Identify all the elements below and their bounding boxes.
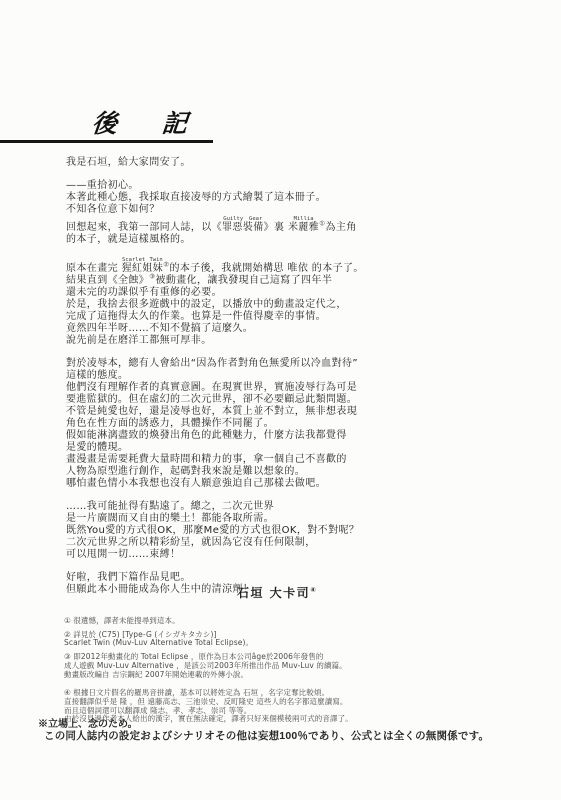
text-line: 是一片廣闊而又自由的樂土！都能各取所需。 (66, 513, 506, 525)
disclaimer-text: この同人誌内の設定およびシナリオその他は妄想100％であり、公式とは全くの無関係… (38, 730, 553, 742)
text-segment: 但願此本小冊能成為你人生中的清涼劑！ (66, 584, 253, 595)
text-segment: 人物為原型進行創作，起碼對我來說是難以想象的。 (66, 466, 305, 477)
text-segment: 哪怕畫色情小本我想也沒有人願意強迫自己那樣去做吧。 (66, 478, 326, 489)
text-segment: 竟然四年半呀……不知不覺搞了這麼久。 (66, 323, 253, 334)
text-line: 完成了這拖得太久的作業。也算是一件值得慶幸的事情。 (66, 311, 506, 323)
text-line: 竟然四年半呀……不知不覺搞了這麼久。 (66, 323, 506, 335)
text-segment: 石垣 大卡司④ (237, 586, 317, 600)
ruby-annotated-text: 罪惡裝備Guilty Gear (222, 222, 264, 233)
text-segment: 於是，我捨去很多遊戲中的設定，以播放中的動畫設定代之， (66, 299, 347, 310)
afterword-text: 我是石垣，給大家問安了。——重拾初心。本著此種心態，我採取直接凌辱的方式繪製了這… (66, 157, 506, 607)
text-segment: ……我可能扯得有點遠了。總之，二次元世界 (66, 501, 274, 512)
disclaimer-heading: ※立場上、念のため。 (38, 719, 553, 730)
footnote-line: 動畫版改編自 吉宗鋼紀 2007年開始連載的外傳小說。 (64, 671, 539, 680)
footnote-marker: ④ (310, 586, 317, 594)
paragraph: 對於凌辱本，總有人會給出“因為作者對角色無愛所以冷血對待”這樣的態度。他們沒有理… (66, 358, 506, 490)
text-line: 我是石垣，給大家問安了。 (66, 157, 506, 169)
text-segment: 被動畫化，讓我發現自己這寫了四年半 (155, 275, 332, 286)
text-segment: 這樣的態度。 (66, 370, 128, 381)
text-line: 可以甩開一切……束縛！ (66, 549, 506, 561)
text-segment: 既然You愛的方式很OK，那麼Me愛的方式也很OK，對不對呢？ (66, 525, 359, 536)
disclaimer: ※立場上、念のため。 この同人誌内の設定およびシナリオその他は妄想100％であり… (38, 719, 553, 742)
text-line: 角色在性方面的誘惑力，具體操作不同罷了。 (66, 418, 506, 430)
text-segment: 本著此種心態，我採取直接凌辱的方式繪製了這本冊子。 (66, 192, 326, 203)
text-segment: 結果直到《全蝕》③ (66, 275, 155, 286)
footnote-item: ① 很遺憾，譯者未能搜尋到這本。 (64, 617, 539, 626)
text-line: 他們沒有理解作者的真實意圖。在現實世界，實施凌辱行為可是 (66, 382, 506, 394)
text-segment: 原本在畫完 (66, 263, 122, 274)
text-segment: 回想起來，我第一部同人誌，以《 (66, 222, 222, 233)
text-segment: 的本子後，我就開始構思 唯依 的本子了。 (169, 263, 363, 274)
text-line: 好啦，我們下篇作品見吧。 (66, 572, 506, 584)
text-line: 不管是純愛也好，還是凌辱也好，本質上並不對立，無非想表現 (66, 406, 506, 418)
footnote-item: ③ 即2012年動畫化的 Total Eclipse ，原作為日本公司âge於2… (64, 653, 539, 679)
text-segment: 的本子，就是這樣風格的。 (66, 234, 191, 245)
text-line: ……我可能扯得有點遠了。總之，二次元世界 (66, 501, 506, 513)
text-line: 說先前是在磨洋工都無可厚非。 (66, 335, 506, 347)
footnote-item: ② 詳見於 (C75) [Type-G (イシガキタカシ)]Scarlet Tw… (64, 631, 539, 648)
paragraph: 原本在畫完 猩紅姐妹Scarlet Twin②的本子後，我就開始構思 唯依 的本… (66, 257, 506, 347)
text-segment: 是愛的體現。 (66, 442, 128, 453)
text-segment: 要進監獄的。但在虛幻的二次元世界，卻不必要顧忌此類問題。 (66, 394, 357, 405)
footnotes: ① 很遺憾，譯者未能搜尋到這本。② 詳見於 (C75) [Type-G (イシガ… (64, 617, 539, 729)
ruby-annotated-text: 米麗雅Millia (288, 222, 319, 233)
text-line: 不知各位意下如何？ (66, 204, 506, 216)
text-segment: 罪惡裝備Guilty Gear (222, 222, 264, 233)
text-line: 的本子，就是這樣風格的。 (66, 234, 506, 246)
scanned-page: 後 記 我是石垣，給大家問安了。——重拾初心。本著此種心態，我採取直接凌辱的方式… (0, 0, 561, 800)
text-line: 二次元世界之所以精彩紛呈，就因為它沒有任何限制， (66, 537, 506, 549)
text-segment: 為主角 (325, 222, 356, 233)
text-segment: 畫漫畫是需要耗費大量時間和精力的事，拿一個自己不喜歡的 (66, 454, 347, 465)
author-signature: 石垣 大卡司④ (237, 584, 317, 601)
text-line: 對於凌辱本，總有人會給出“因為作者對角色無愛所以冷血對待” (66, 358, 506, 370)
text-segment: 》裏 (264, 222, 288, 233)
ruby-annotated-text: 猩紅姐妹Scarlet Twin (122, 263, 164, 274)
text-segment: 米麗雅Millia① (288, 222, 325, 233)
text-segment: ——重拾初心。 (66, 180, 139, 191)
text-segment: 不知各位意下如何？ (66, 204, 160, 215)
text-line: 於是，我捨去很多遊戲中的設定，以播放中的動畫設定代之， (66, 299, 506, 311)
text-line: 人物為原型進行創作，起碼對我來說是難以想象的。 (66, 466, 506, 478)
text-segment: 完成了這拖得太久的作業。也算是一件值得慶幸的事情。 (66, 311, 326, 322)
text-line: 結果直到《全蝕》③被動畫化，讓我發現自己這寫了四年半 (66, 275, 506, 287)
text-line: 本著此種心態，我採取直接凌辱的方式繪製了這本冊子。 (66, 192, 506, 204)
text-line: 這樣的態度。 (66, 370, 506, 382)
text-line: 原本在畫完 猩紅姐妹Scarlet Twin②的本子後，我就開始構思 唯依 的本… (66, 257, 506, 275)
text-segment: 是一片廣闊而又自由的樂土！都能各取所需。 (66, 513, 274, 524)
paragraph: ——重拾初心。本著此種心態，我採取直接凌辱的方式繪製了這本冊子。不知各位意下如何… (66, 180, 506, 246)
text-line: 假如能淋漓盡致的煥發出角色的此種魅力，什麼方法我都覺得 (66, 430, 506, 442)
text-segment: 不管是純愛也好，還是凌辱也好，本質上並不對立，無非想表現 (66, 406, 357, 417)
text-line: 畫漫畫是需要耗費大量時間和精力的事，拿一個自己不喜歡的 (66, 454, 506, 466)
footnote-line: ① 很遺憾，譯者未能搜尋到這本。 (64, 617, 539, 626)
paragraph: ……我可能扯得有點遠了。總之，二次元世界是一片廣闊而又自由的樂土！都能各取所需。… (66, 501, 506, 561)
footnote-line: Scarlet Twin (Muv-Luv Alternative Total … (64, 639, 539, 648)
text-segment: 我是石垣，給大家問安了。 (66, 157, 191, 168)
text-line: 要進監獄的。但在虛幻的二次元世界，卻不必要顧忌此類問題。 (66, 394, 506, 406)
text-segment: 猩紅姐妹Scarlet Twin② (122, 263, 170, 274)
text-line: ——重拾初心。 (66, 180, 506, 192)
page-title: 後 記 (91, 110, 199, 137)
text-segment: 假如能淋漓盡致的煥發出角色的此種魅力，什麼方法我都覺得 (66, 430, 347, 441)
text-line: 哪怕畫色情小本我想也沒有人願意強迫自己那樣去做吧。 (66, 478, 506, 490)
text-line: 既然You愛的方式很OK，那麼Me愛的方式也很OK，對不對呢？ (66, 525, 506, 537)
text-segment: 好啦，我們下篇作品見吧。 (66, 572, 191, 583)
text-line: 還未完的功課似乎有重修的必要。 (66, 287, 506, 299)
text-segment: 還未完的功課似乎有重修的必要。 (66, 287, 222, 298)
text-segment: 說先前是在磨洋工都無可厚非。 (66, 335, 212, 346)
text-line: 是愛的體現。 (66, 442, 506, 454)
title-underline (0, 140, 213, 143)
text-segment: 角色在性方面的誘惑力，具體操作不同罷了。 (66, 418, 274, 429)
text-segment: 可以甩開一切……束縛！ (66, 549, 180, 560)
text-segment: 對於凌辱本，總有人會給出“因為作者對角色無愛所以冷血對待” (66, 358, 358, 369)
paragraph: 我是石垣，給大家問安了。 (66, 157, 506, 169)
text-line: 回想起來，我第一部同人誌，以《罪惡裝備Guilty Gear》裏 米麗雅Mill… (66, 216, 506, 234)
text-segment: 二次元世界之所以精彩紛呈，就因為它沒有任何限制， (66, 537, 316, 548)
text-segment: 他們沒有理解作者的真實意圖。在現實世界，實施凌辱行為可是 (66, 382, 357, 393)
